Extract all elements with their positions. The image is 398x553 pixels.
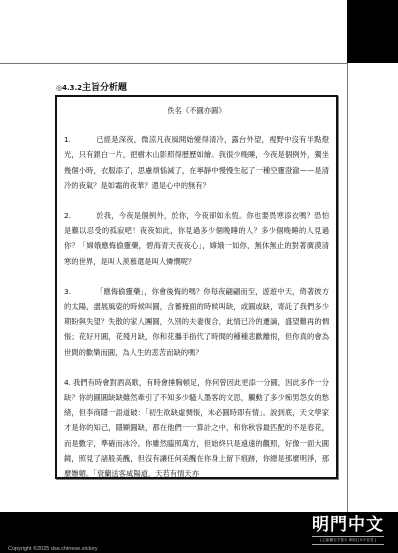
brand-tagline: | 心如鐵石不畏天 命如日月不在雪 | bbox=[312, 536, 384, 545]
paragraph-2: 2.於我，今夜是個例外，於你，今夜卻如永恆。你也要畏寒添衣嗎？恐怕是難以忍受的孤… bbox=[64, 208, 329, 269]
paragraph-text: 我們有時會對酒高歌，有時會捶胸頓足，你何曾因此更添一分圓，因此多作一分缺？你的圓… bbox=[64, 378, 329, 478]
footer-bar: Copyright ©2025 dse.chinese.victory 明門中文… bbox=[0, 512, 398, 553]
paragraph-number: 3. bbox=[64, 284, 96, 299]
paragraph-4: 4.我們有時會對酒高歌，有時會捶胸頓足，你何曾因此更添一分圓，因此多作一分缺？你… bbox=[64, 375, 329, 479]
section-heading: ◎4.3.2主旨分析題 bbox=[56, 80, 127, 93]
brand-name: 明門中文 bbox=[312, 515, 384, 535]
paragraph-text: 於我，今夜是個例外，於你，今夜卻如永恆。你也要畏寒添衣嗎？恐怕是難以忍受的孤寂吧… bbox=[64, 211, 329, 266]
paragraph-text: 「應悔偷靈藥」，你會後悔的嗎？你每夜翩翩而至，遊遊中天，倚著彼方的太陽，盡展風姿… bbox=[64, 287, 329, 357]
section-title: 主旨分析題 bbox=[82, 83, 127, 93]
paragraph-text: 已經是深夜，微涼凡夜風開始變得清冷，露台外望，視野中沒有半點燈光，只有銀白一片，… bbox=[64, 135, 329, 190]
copyright-text: Copyright ©2025 dse.chinese.victory bbox=[8, 546, 98, 552]
section-number: ◎4.3.2 bbox=[56, 84, 82, 92]
brand-logo: 明門中文 | 心如鐵石不畏天 命如日月不在雪 | · · · · · · · ·… bbox=[312, 515, 384, 550]
paragraph-3: 3.「應悔偷靈藥」，你會後悔的嗎？你每夜翩翩而至，遊遊中天，倚著彼方的太陽，盡展… bbox=[64, 284, 329, 360]
passage-title: 佚名《不圓亦圓》 bbox=[64, 103, 329, 118]
margin-rule bbox=[347, 63, 348, 512]
paragraph-number: 4. bbox=[64, 375, 71, 390]
paragraph-number: 2. bbox=[64, 208, 96, 223]
brand-subline: · · · · · · · · · · · · bbox=[312, 546, 384, 550]
paragraph-1: 1.已經是深夜，微涼凡夜風開始變得清冷，露台外望，視野中沒有半點燈光，只有銀白一… bbox=[64, 132, 329, 193]
passage-box: 佚名《不圓亦圓》 1.已經是深夜，微涼凡夜風開始變得清冷，露台外望，視野中沒有半… bbox=[55, 95, 338, 479]
header-rule bbox=[0, 63, 347, 64]
corner-black-block bbox=[347, 0, 398, 63]
paragraph-number: 1. bbox=[64, 132, 96, 147]
